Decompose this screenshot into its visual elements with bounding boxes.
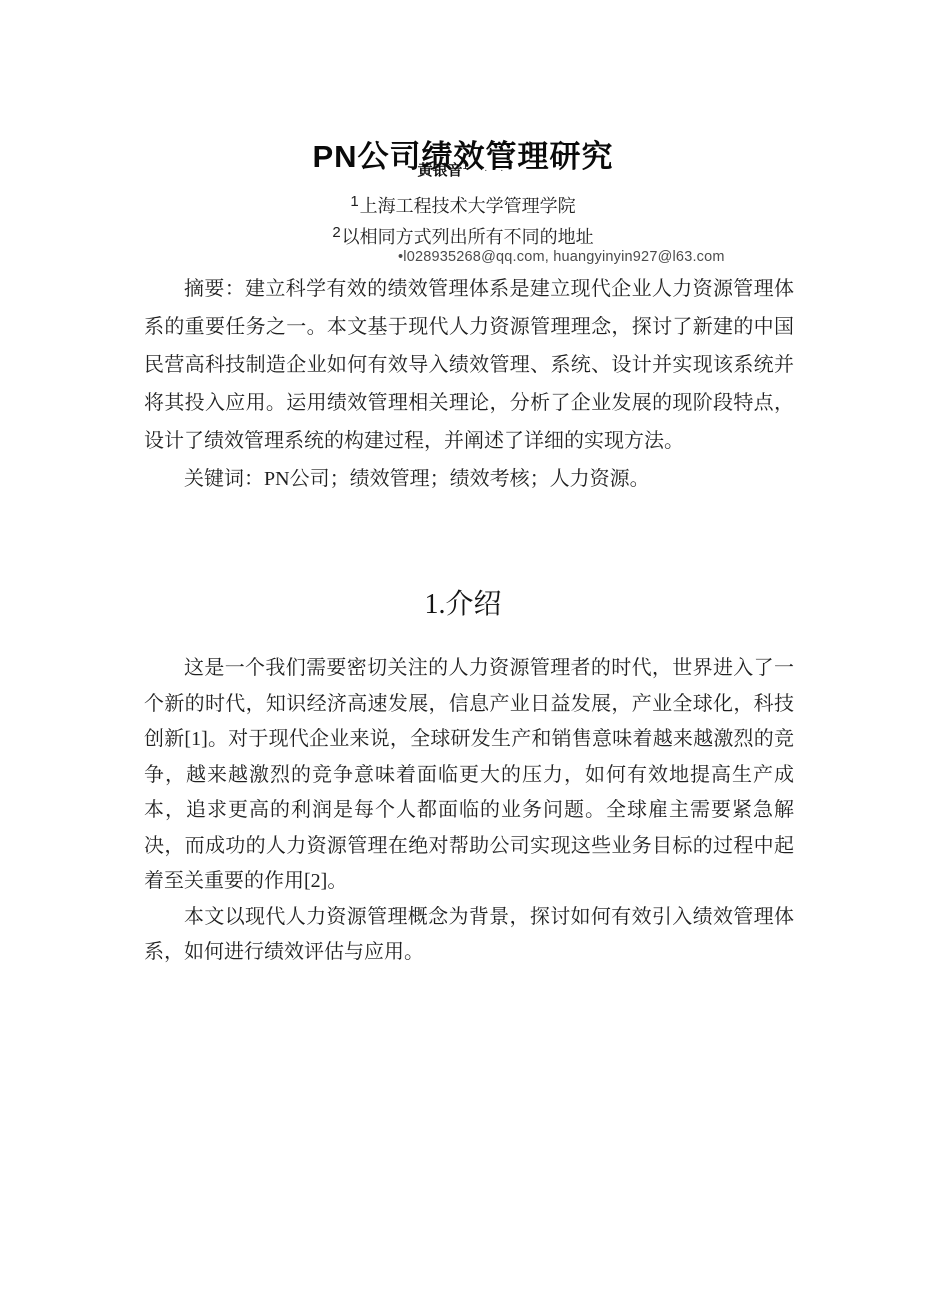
affiliation-2-marker: 2 [332,224,340,241]
section-1-paragraph-2: 本文以现代人力资源管理概念为背景，探讨如何有效引入绩效管理体系，如何进行绩效评估… [144,900,794,971]
paper-page: PN公司绩效管理研究 黄银音1· · 1上海工程技术大学管理学院 2以相同方式列… [0,0,926,1309]
section-1-body: 这是一个我们需要密切关注的人力资源管理者的时代，世界进入了一个新的时代，知识经济… [144,651,794,971]
section-1-paragraph-1: 这是一个我们需要密切关注的人力资源管理者的时代，世界进入了一个新的时代，知识经济… [144,651,794,900]
abstract-block: 摘要：建立科学有效的绩效管理体系是建立现代企业人力资源管理体系的重要任务之一。本… [144,270,794,498]
author-emails: •l028935268@qq.com, huangyinyin927@l63.c… [398,249,725,265]
abstract-paragraph: 摘要：建立科学有效的绩效管理体系是建立现代企业人力资源管理体系的重要任务之一。本… [144,270,794,460]
affiliation-2: 2以相同方式列出所有不同的地址 [0,223,926,249]
affiliation-2-text: 以相同方式列出所有不同的地址 [342,227,594,247]
keywords-line: 关键词：PN公司；绩效管理；绩效考核；人力资源。 [144,460,794,498]
author-line: 黄银音1· · [0,159,926,180]
section-1-heading: 1.介绍 [0,582,926,622]
author-affiliation-marker: 1 [463,161,469,172]
affiliation-1-marker: 1 [350,193,358,210]
affiliation-1-text: 上海工程技术大学管理学院 [360,196,576,216]
author-name: 黄银音 [417,162,462,179]
affiliation-1: 1上海工程技术大学管理学院 [0,192,926,218]
author-trailing-dots: · · [484,165,508,176]
